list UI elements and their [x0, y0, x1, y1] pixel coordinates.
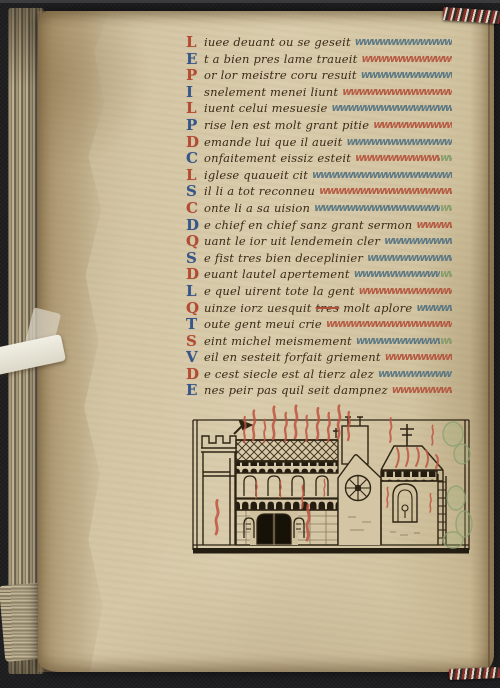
- verse-text: oute gent meui crie: [204, 317, 326, 331]
- verse-text: e fist tres bien deceplinier: [204, 251, 367, 265]
- verse-text: e quel uirent tote la gent: [204, 284, 359, 298]
- line-filler-squiggle: wwwwwwwwwwwwwwwwwwwwwwwwwwwwwwwwww: [312, 169, 452, 181]
- line-filler-tail: ww: [440, 268, 452, 280]
- line-filler-squiggle: wwwwwwwwwwwwwwwwwwwwwwwwwwwwwwwwww: [355, 36, 452, 48]
- verse-line: Por lor meistre coru resuitwwwwwwwwwwwww…: [186, 66, 452, 83]
- illuminated-initial: Q: [186, 300, 204, 316]
- illuminated-initial: L: [186, 100, 204, 116]
- verse-text: iuent celui mesuesie: [204, 101, 331, 115]
- verse-line: Le quel uirent tote la gentwwwwwwwwwwwww…: [186, 282, 452, 299]
- burning-church-miniature: [190, 412, 472, 558]
- verse-line: Conte li a sa uisionwwwwwwwwwwwwwwwwwwww…: [186, 199, 452, 216]
- wheel-window: [346, 476, 371, 501]
- green-bushes: [443, 422, 472, 548]
- verse-line: Sil li a tot reconneuwwwwwwwwwwwwwwwwwww…: [186, 182, 452, 199]
- line-filler-squiggle: wwwwwwwwwwwwwwwwwwwwwwwwwwwwwwwwww: [319, 185, 452, 197]
- verse-line: Liglese quaueit citwwwwwwwwwwwwwwwwwwwww…: [186, 166, 452, 183]
- illuminated-initial: D: [186, 366, 204, 382]
- line-filler-tail: ww: [440, 335, 452, 347]
- illuminated-initial: E: [186, 382, 204, 398]
- verse-text: nes peir pas quil seit dampnez: [204, 383, 392, 397]
- verse-text: uinze iorz uesquit: [204, 301, 316, 315]
- chapel-window: [393, 484, 417, 522]
- illuminated-initial: L: [186, 167, 204, 183]
- chapel-arcade: [381, 471, 437, 481]
- verse-text: or lor meistre coru resuit: [204, 68, 361, 82]
- line-filler-squiggle: wwwwwwwwwwwwwwwwwwwwwwwwwwwwwwwwww: [314, 202, 440, 214]
- line-filler-squiggle: wwwwwwwwwwwwwwwwwwwwwwwwwwwwwwwwww: [355, 152, 440, 164]
- verse-text: molt aplore: [343, 301, 416, 315]
- illuminated-initial: D: [186, 266, 204, 282]
- line-filler-squiggle: wwwwwwwwwwwwwwwwwwwwwwwwwwwwwwwwww: [367, 252, 452, 264]
- verse-line: Quinze iorz uesquittresmolt aplorewwwwww…: [186, 299, 452, 316]
- line-filler-squiggle: wwwwwwwwwwwwwwwwwwwwwwwwwwwwwwwwww: [359, 285, 452, 297]
- illuminated-initial: P: [186, 67, 204, 83]
- text-block: Liuee deuant ou se geseitwwwwwwwwwwwwwww…: [186, 33, 452, 398]
- verse-text: il li a tot reconneu: [204, 184, 319, 198]
- struck-word: tres: [316, 301, 344, 315]
- verse-line: Veil en sesteit forfait griementwwwwwwww…: [186, 348, 452, 365]
- verse-text: snelement menei liunt: [204, 85, 342, 99]
- illuminated-initial: E: [186, 51, 204, 67]
- verse-text: eint michel meismement: [204, 334, 356, 348]
- verse-text: t a bien pres lame traueit: [204, 52, 362, 66]
- line-filler-squiggle: wwwwwwwwwwwwwwwwwwwwwwwwwwwwwwwwww: [326, 318, 452, 330]
- illuminated-initial: L: [186, 34, 204, 50]
- parchment-page: Liuee deuant ou se geseitwwwwwwwwwwwwwww…: [38, 11, 494, 672]
- verse-line: Toute gent meui criewwwwwwwwwwwwwwwwwwww…: [186, 315, 452, 332]
- illuminated-initial: D: [186, 134, 204, 150]
- illuminated-initial: S: [186, 333, 204, 349]
- portal-doors: [244, 511, 304, 545]
- line-filler-squiggle: wwwwwwwwwwwwwwwwwwwwwwwwwwwwwwwwww: [342, 86, 452, 98]
- line-filler-squiggle: wwwwwwwwwwwwwwwwwwwwwwwwwwwwwwwwww: [361, 69, 452, 81]
- line-filler-squiggle: wwwwwwwwwwwwwwwwwwwwwwwwwwwwwwwwww: [392, 384, 452, 396]
- illuminated-initial: L: [186, 283, 204, 299]
- line-filler-squiggle: wwwwwwwwwwwwwwwwwwwwwwwwwwwwwwwwww: [362, 53, 452, 65]
- patriarchal-cross: [400, 424, 414, 446]
- illuminated-initial: I: [186, 84, 204, 100]
- verse-line: Et a bien pres lame traueitwwwwwwwwwwwww…: [186, 50, 452, 67]
- verse-line: De cest siecle est al tierz alezwwwwwwww…: [186, 365, 452, 382]
- wheel-window-gable: [338, 455, 381, 545]
- illuminated-initial: P: [186, 117, 204, 133]
- illuminated-initial: S: [186, 183, 204, 199]
- illuminated-initial: V: [186, 349, 204, 365]
- verse-line: Prise len est molt grant pitiewwwwwwwwww…: [186, 116, 452, 133]
- line-filler-squiggle: wwwwwwwwwwwwwwwwwwwwwwwwwwwwwwwwww: [331, 102, 452, 114]
- verse-line: Isnelement menei liuntwwwwwwwwwwwwwwwwww…: [186, 83, 452, 100]
- illuminated-initial: C: [186, 200, 204, 216]
- verse-text: iglese quaueit cit: [204, 168, 312, 182]
- illuminated-initial: Q: [186, 233, 204, 249]
- illuminated-initial: C: [186, 150, 204, 166]
- verse-line: Confaitement eissiz esteitwwwwwwwwwwwwww…: [186, 149, 452, 166]
- verse-line: Se fist tres bien deceplinierwwwwwwwwwww…: [186, 249, 452, 266]
- verse-text: onte li a sa uision: [204, 201, 314, 215]
- verse-text: e chief en chief sanz grant sermon: [204, 218, 416, 232]
- arcade-upper: [236, 462, 338, 473]
- verse-text: onfaitement eissiz esteit: [204, 151, 355, 165]
- line-filler-squiggle: wwwwwwwwwwwwwwwwwwwwwwwwwwwwwwwwww: [373, 119, 452, 131]
- verse-line: Demande lui que il aueitwwwwwwwwwwwwwwww…: [186, 133, 452, 150]
- line-filler-squiggle: wwwwwwwwwwwwwwwwwwwwwwwwwwwwwwwwww: [346, 136, 452, 148]
- line-filler-squiggle: wwwwwwwwwwwwwwwwwwwwwwwwwwwwwwwwww: [416, 302, 452, 314]
- verse-text: e cest siecle est al tierz alez: [204, 367, 378, 381]
- buttress: [438, 474, 446, 545]
- nave-roof: [236, 440, 338, 461]
- line-filler-squiggle: wwwwwwwwwwwwwwwwwwwwwwwwwwwwwwwwww: [416, 219, 452, 231]
- illuminated-initial: D: [186, 217, 204, 233]
- verse-line: Deuant lautel apertementwwwwwwwwwwwwwwww…: [186, 265, 452, 282]
- verse-line: Quant le ior uit lendemein clerwwwwwwwww…: [186, 232, 452, 249]
- scan-edge: [0, 0, 500, 3]
- illuminated-initial: S: [186, 250, 204, 266]
- line-filler-tail: ww: [440, 202, 452, 214]
- verse-line: Liuee deuant ou se geseitwwwwwwwwwwwwwww…: [186, 33, 452, 50]
- verse-line: Enes peir pas quil seit dampnezwwwwwwwww…: [186, 381, 452, 398]
- arcade-lower: [236, 499, 338, 510]
- verse-text: euant lautel apertement: [204, 267, 354, 281]
- verse-text: rise len est molt grant pitie: [204, 118, 373, 132]
- verse-line: Seint michel meismementwwwwwwwwwwwwwwwww…: [186, 332, 452, 349]
- line-filler-squiggle: wwwwwwwwwwwwwwwwwwwwwwwwwwwwwwwwww: [356, 335, 440, 347]
- line-filler-squiggle: wwwwwwwwwwwwwwwwwwwwwwwwwwwwwwwwww: [354, 268, 440, 280]
- illuminated-initial: T: [186, 316, 204, 332]
- verse-line: Liuent celui mesuesiewwwwwwwwwwwwwwwwwww…: [186, 99, 452, 116]
- line-filler-squiggle: wwwwwwwwwwwwwwwwwwwwwwwwwwwwwwwwww: [385, 351, 452, 363]
- line-filler-tail: ww: [440, 152, 452, 164]
- line-filler-squiggle: wwwwwwwwwwwwwwwwwwwwwwwwwwwwwwwwww: [384, 235, 452, 247]
- verse-text: emande lui que il aueit: [204, 135, 346, 149]
- verse-text: iuee deuant ou se geseit: [204, 35, 355, 49]
- verse-line: De chief en chief sanz grant sermonwwwww…: [186, 216, 452, 233]
- verse-text: eil en sesteit forfait griement: [204, 350, 385, 364]
- line-filler-squiggle: wwwwwwwwwwwwwwwwwwwwwwwwwwwwwwwwww: [378, 368, 452, 380]
- endband-bottom-icon: [449, 667, 500, 680]
- verse-text: uant le ior uit lendemein cler: [204, 234, 384, 248]
- manuscript-photo: Liuee deuant ou se geseitwwwwwwwwwwwwwww…: [0, 0, 500, 688]
